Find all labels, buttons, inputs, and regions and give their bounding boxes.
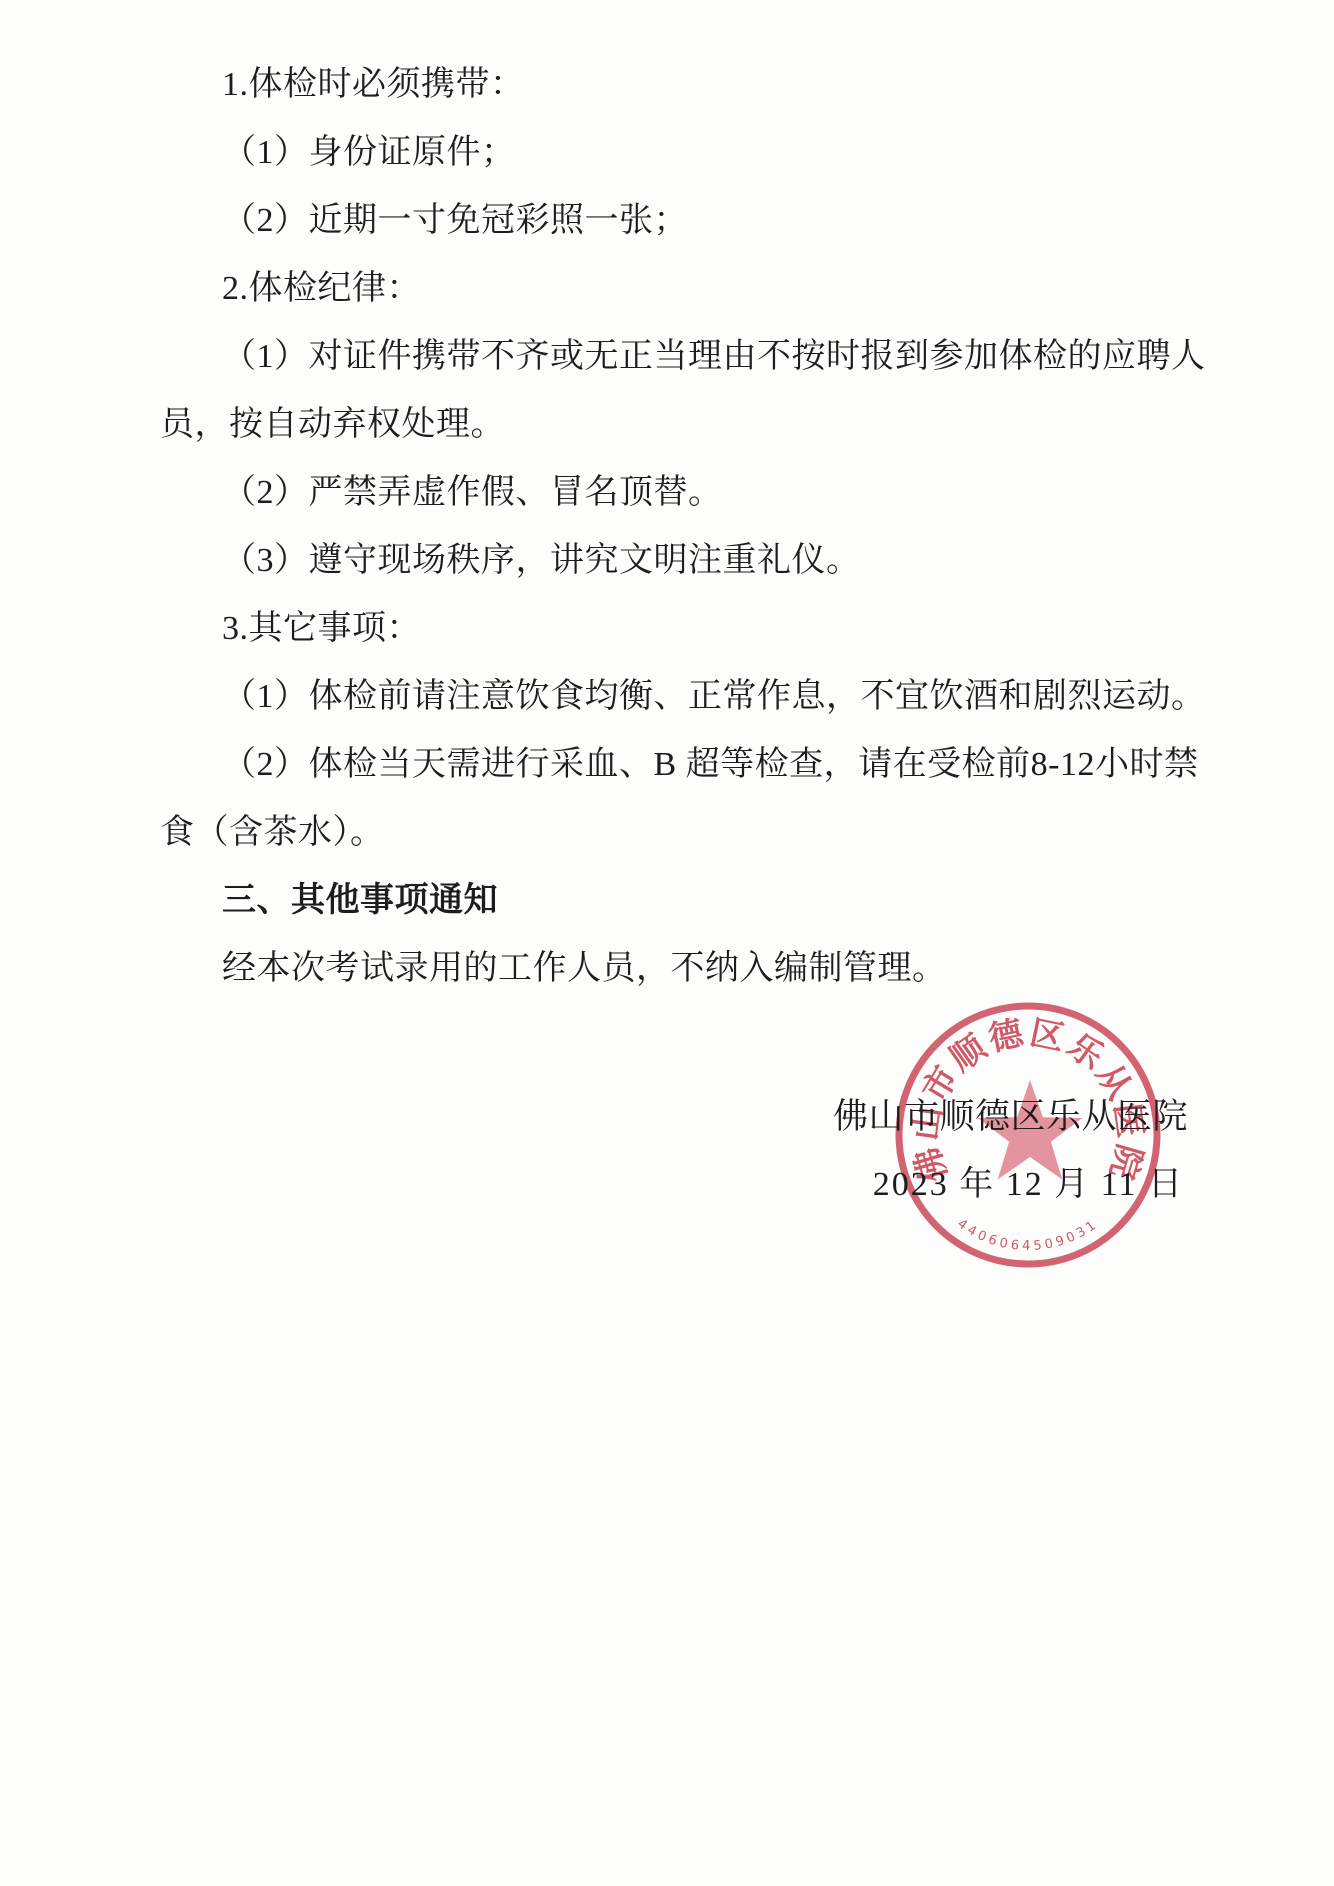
body-line: （2）体检当天需进行采血、B 超等检查，请在受检前8-12小时禁 bbox=[160, 731, 1192, 799]
signature-block: 佛山市顺德区乐从医院 2023 年 12 月 11 日 bbox=[833, 1097, 1188, 1205]
body-line: 3.其它事项： bbox=[160, 595, 1192, 663]
signature-date: 2023 年 12 月 11 日 bbox=[833, 1165, 1184, 1205]
body-line: 员，按自动弃权处理。 bbox=[160, 391, 1192, 459]
document-page: 1.体检时必须携带：（1）身份证原件；（2）近期一寸免冠彩照一张；2.体检纪律：… bbox=[0, 0, 1334, 1886]
seal-serial: 4406064509031 bbox=[954, 1216, 1101, 1254]
body-line: 三、其他事项通知 bbox=[160, 867, 1192, 935]
body-line: （2）近期一寸免冠彩照一张； bbox=[160, 187, 1192, 255]
notice-body: 1.体检时必须携带：（1）身份证原件；（2）近期一寸免冠彩照一张；2.体检纪律：… bbox=[160, 51, 1192, 1003]
body-line: （1）体检前请注意饮食均衡、正常作息，不宜饮酒和剧烈运动。 bbox=[160, 663, 1192, 731]
body-line: 1.体检时必须携带： bbox=[160, 51, 1192, 119]
body-line: 2.体检纪律： bbox=[160, 255, 1192, 323]
body-line: （3）遵守现场秩序，讲究文明注重礼仪。 bbox=[160, 527, 1192, 595]
body-line: 食（含茶水）。 bbox=[160, 799, 1192, 867]
signature-org: 佛山市顺德区乐从医院 bbox=[833, 1097, 1188, 1137]
svg-text:4406064509031: 4406064509031 bbox=[954, 1216, 1101, 1254]
body-line: （1）身份证原件； bbox=[160, 119, 1192, 187]
body-line: （2）严禁弄虚作假、冒名顶替。 bbox=[160, 459, 1192, 527]
body-line: （1）对证件携带不齐或无正当理由不按时报到参加体检的应聘人 bbox=[160, 323, 1192, 391]
